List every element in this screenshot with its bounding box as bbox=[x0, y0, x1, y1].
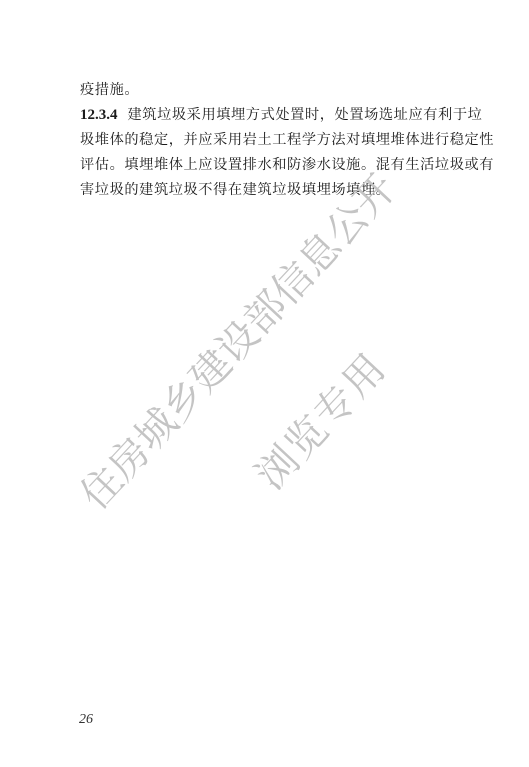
clause-number: 12.3.4 bbox=[80, 107, 118, 123]
text-line: 评估。填埋堆体上应设置排水和防渗水设施。混有生活垃圾或有 bbox=[80, 153, 474, 178]
clause-12-3-4-first-line: 12.3.4建筑垃圾采用填埋方式处置时，处置场选址应有利于垃 bbox=[80, 103, 474, 128]
text-line-continuation: 疫措施。 bbox=[80, 78, 474, 103]
text-line: 害垃圾的建筑垃圾不得在建筑垃圾填埋场填埋。 bbox=[80, 178, 474, 203]
text-line: 圾堆体的稳定，并应采用岩土工程学方法对填埋堆体进行稳定性 bbox=[80, 128, 474, 153]
document-body: 疫措施。 12.3.4建筑垃圾采用填埋方式处置时，处置场选址应有利于垃 圾堆体的… bbox=[80, 78, 474, 203]
page-number: 26 bbox=[79, 712, 93, 728]
clause-text: 建筑垃圾采用填埋方式处置时，处置场选址应有利于垃 bbox=[128, 107, 483, 123]
watermark-line-2: 浏览专用 bbox=[241, 338, 397, 500]
watermark-line-1: 住房城乡建设部信息公开 bbox=[65, 159, 407, 520]
